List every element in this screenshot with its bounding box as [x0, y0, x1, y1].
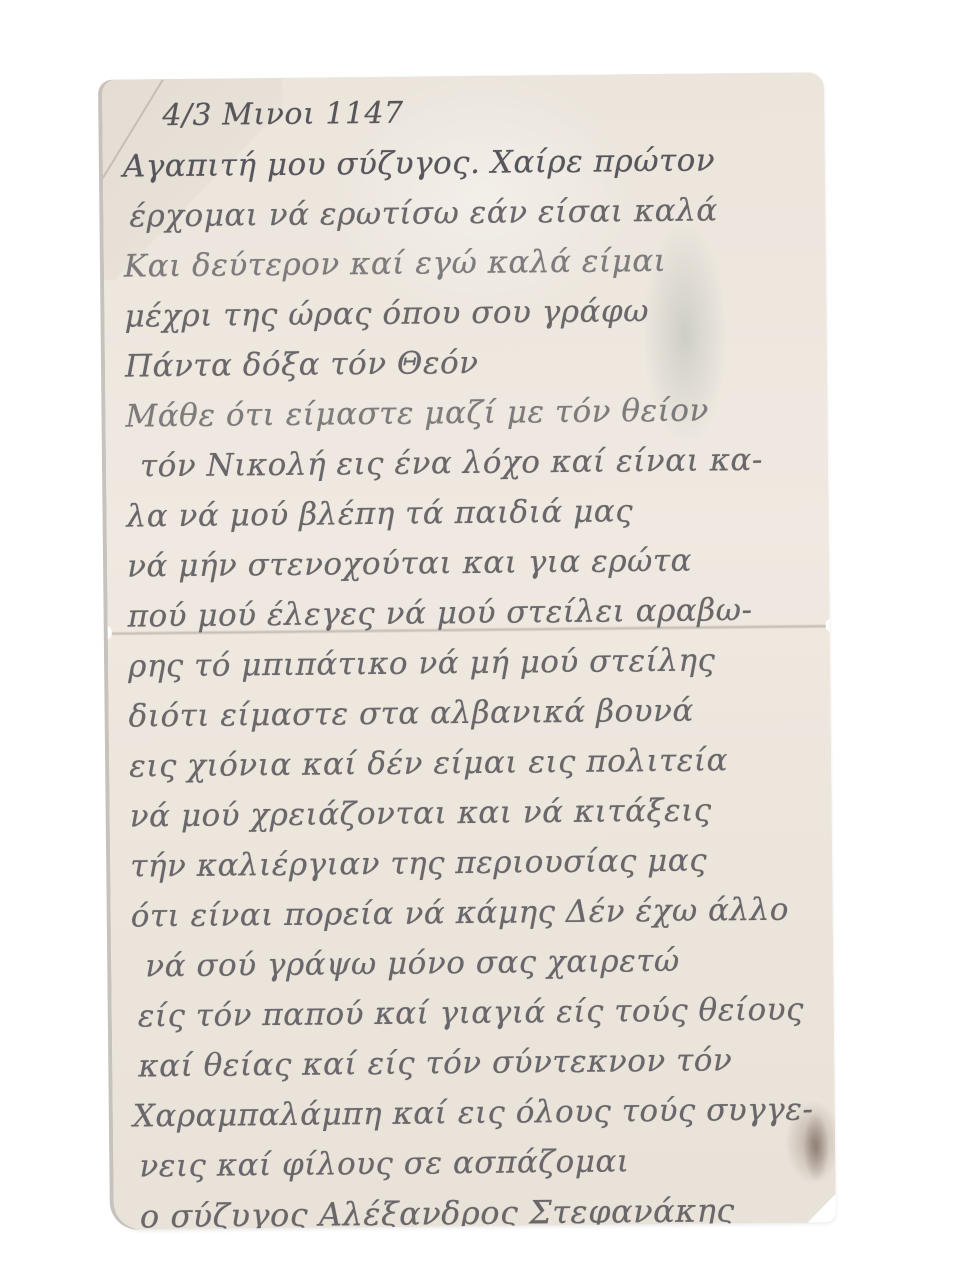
- salutation-line: Αγαπιτή μου σύζυγος. Χαίρε πρώτον: [123, 134, 815, 191]
- letter-line: Χαραμπαλάμπη καί εις όλους τούς συγγε-: [133, 1084, 825, 1141]
- photo-stage: 4/3 Μινοι 1147 Αγαπιτή μου σύζυγος. Χαίρ…: [0, 0, 960, 1280]
- letter-line: είς τόν παπού καί γιαγιά είς τούς θείους: [132, 984, 824, 1041]
- date-line: 4/3 Μινοι 1147: [122, 84, 814, 141]
- fold-notch-left: [102, 626, 112, 640]
- letter-line: καί θείας καί είς τόν σύντεκνον τόν: [132, 1034, 824, 1091]
- handwritten-text: 4/3 Μινοι 1147 Αγαπιτή μου σύζυγος. Χαίρ…: [122, 84, 826, 1229]
- letter-line: τήν καλιέργιαν της περιουσίας μας: [130, 834, 822, 891]
- signature-line: ο σύζυγος Αλέξανδρος Στεφανάκης: [134, 1184, 826, 1229]
- letter-line: λα νά μού βλέπη τά παιδιά μας: [126, 484, 818, 541]
- letter-line: έρχομαι νά ερωτίσω εάν είσαι καλά: [123, 184, 815, 241]
- letter-line: πού μού έλεγες νά μού στείλει αραβω-: [127, 584, 819, 641]
- letter-paper: 4/3 Μινοι 1147 Αγαπιτή μου σύζυγος. Χαίρ…: [102, 72, 836, 1229]
- letter-line: διότι είμαστε στα αλβανικά βουνά: [128, 684, 820, 741]
- letter-line: ρης τό μπιπάτικο νά μή μού στείλης: [128, 634, 820, 691]
- letter-line: Μάθε ότι είμαστε μαζί με τόν θείον: [125, 384, 817, 441]
- letter-line: νά μού χρειάζονται και νά κιτάξεις: [129, 784, 821, 841]
- letter-line: τόν Νικολή εις ένα λόχο καί είναι κα-: [126, 434, 818, 491]
- letter-line: εις χιόνια καί δέν είμαι εις πολιτεία: [129, 734, 821, 791]
- letter-line: νά μήν στενοχούται και για ερώτα: [127, 534, 819, 591]
- letter-line: Και δεύτερον καί εγώ καλά είμαι: [124, 234, 816, 291]
- letter-line: ότι είναι πορεία νά κάμης Δέν έχω άλλο: [131, 884, 823, 941]
- letter-line: νά σού γράψω μόνο σας χαιρετώ: [131, 934, 823, 991]
- letter-line: μέχρι της ώρας όπου σου γράφω: [124, 284, 816, 341]
- fold-notch-right: [826, 618, 836, 632]
- letter-line: Πάντα δόξα τόν Θεόν: [125, 334, 817, 391]
- letter-line: νεις καί φίλους σε ασπάζομαι: [133, 1134, 825, 1191]
